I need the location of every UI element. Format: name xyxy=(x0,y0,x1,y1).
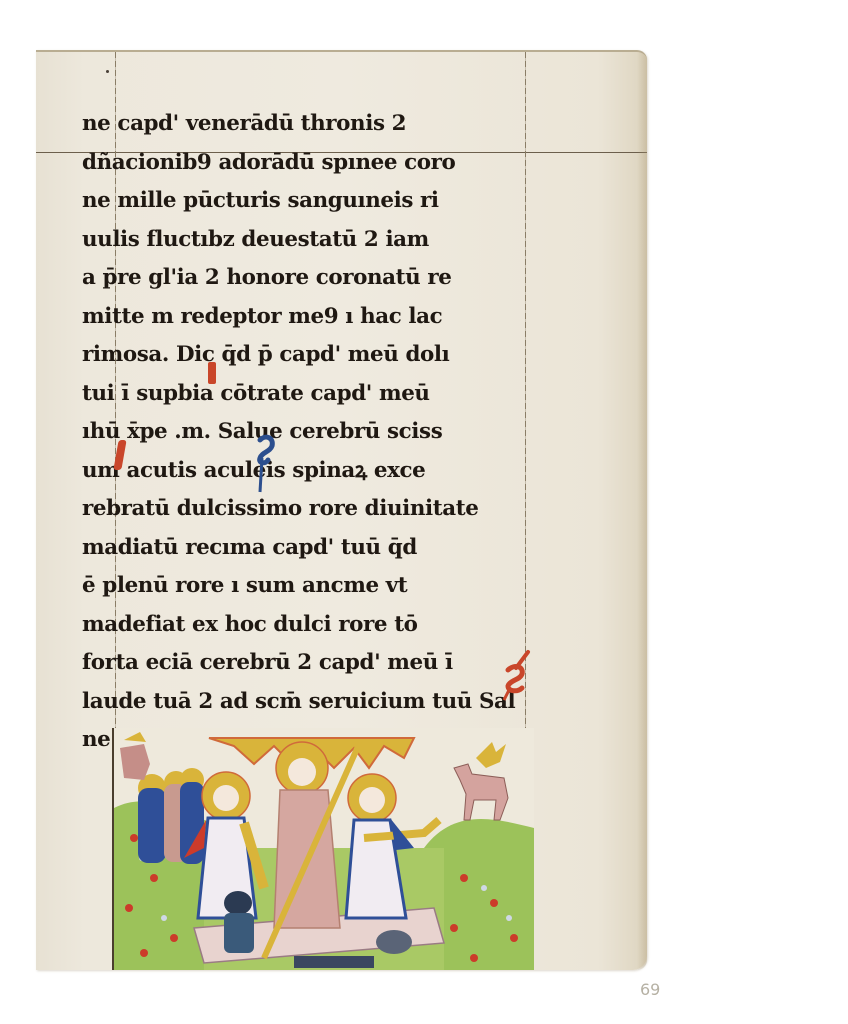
text-line: dñacionib9 adorādū spınee coro xyxy=(82,143,561,182)
text-line: mitte m redeptor me9 ı hac lac xyxy=(82,297,561,336)
text-line: ne capd' venerādū thronis 2 xyxy=(82,104,561,143)
text-line: ne mille pūcturis sanguıneis ri xyxy=(82,181,561,220)
text-line: madefiat ex hoc dulci rore tō xyxy=(82,605,561,644)
red-paragraph-mark xyxy=(208,362,216,384)
text-line: ıhū x̄pe .m. Salue cerebrū sciss xyxy=(82,412,561,451)
folio-number: 69 xyxy=(640,980,660,999)
resurrection-miniature xyxy=(112,728,534,970)
blue-initial-glyph-icon xyxy=(256,434,276,494)
text-line: tui ī supbia cōtrate capd' meū xyxy=(82,374,561,413)
text-line: laude tuā 2 ad scm̄ seruicium tuū Sal xyxy=(82,682,561,721)
blue-initial-S xyxy=(256,434,276,494)
text-line: um acutis aculeis spinaꝝ exce xyxy=(82,451,561,490)
text-line: forta eciā cerebrū 2 capd' meū ī xyxy=(82,643,561,682)
text-block: ne capd' venerādū thronis 2 dñacionib9 a… xyxy=(82,104,552,759)
text-line: ē plenū rore ı sum ancme vt xyxy=(82,566,561,605)
red-initial-glyph-icon xyxy=(502,648,534,702)
miniature-illustration-icon xyxy=(114,728,534,970)
text-line: a p̄re gl'ia 2 honore coronatū re xyxy=(82,258,561,297)
prick-mark xyxy=(106,70,109,73)
text-line: uulis fluctıbz deuestatū 2 iam xyxy=(82,220,561,259)
red-initial-S xyxy=(502,648,534,702)
text-line: rebratū dulcissimo rore diuinitate xyxy=(82,489,561,528)
text-line: madiatū recıma capd' tuū q̄d xyxy=(82,528,561,567)
text-line: rimosa. Dic q̄d p̄ capd' meū dolı xyxy=(82,335,561,374)
